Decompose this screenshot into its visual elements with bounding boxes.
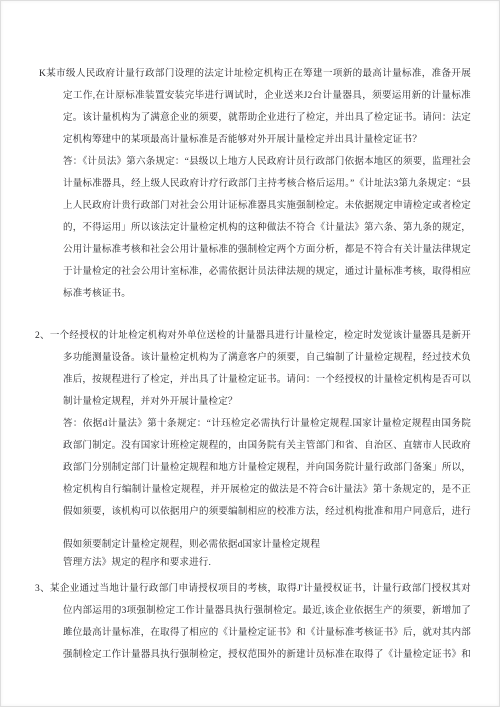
text-line: 假如须要，该机构可以依据用户的须要编制相应的校准方法，经过机构批准和用户同意后，… — [63, 501, 471, 523]
text-line: 的，不得运用」所以该法定计量检定机构的这种做法不符合《计量法》第六条、第九条的规… — [63, 217, 471, 239]
text-line: 上人民政府计贵行政部门对社会公用计证标准器具实施强制检定。未依据规定申请检定或者… — [63, 195, 471, 217]
answer-item-1: 答：《计员法》第六条规定：“县级以上地方人民政府计员行政部门依据本地区的须要，监… — [35, 151, 471, 305]
answer-item-2-note: 假如须要制定计量检定规程，则必需依据d国家计量检定规程 管理方法》规定的程序和要… — [35, 536, 471, 572]
text-line: 公用计量标准考核和社会公用计量标准的强制检定两个方面分析，都是不符合有关计量法律… — [63, 239, 471, 261]
text-line: 于计量检定的社会公用计室标准，必需依据计员法律法规的规定，通过计量标准考核，取得… — [63, 261, 471, 283]
text-line: 计量标准器具，经上级人民政府计疗行政部门主持考核合格后运用。”《计址法3第九条规… — [63, 173, 471, 195]
text-line: 答：《计员法》第六条规定：“县级以上地方人民政府计员行政部门依据本地区的须要，监… — [63, 151, 471, 173]
text-line: 检定机构自行编制计量检定规程，并开展检定的做法是不符合6计量法》第十条规定的，是… — [63, 479, 471, 501]
text-line: K某市级人民政府计量行政部门设理的法定计址检定机构正在筹建一项新的最高计量标准，… — [39, 63, 471, 85]
text-line: 答：依据d计量法》第十条规定：“计珏检定必需执行计量检定规程.国家计量检定规程由… — [63, 413, 471, 435]
text-line: 定机构筹建中的某项最高计量标准是否能够对外开展计量检定并出具计量检定证书？ — [63, 129, 471, 151]
text-line: 政部门分别制定部门计量检定规程和地方计量检定规程，并向国务院计量行政部门备案」所… — [63, 457, 471, 479]
text-line: 准后，按规程进行了检定，并出具了计量检定证书。请问：一个经授权的计量检定机构是否… — [63, 369, 471, 391]
text-line: 雎位最高计量标准，在取得了相应的《计量检定证书》和《计量标准考核证书》后，就对其… — [63, 622, 471, 644]
text-line: 定工作,在计原标准装置安装完毕进行调试时，企业送来J2台计量器具，须要运用新的计… — [63, 85, 471, 107]
scan-page: K某市级人民政府计量行政部门设理的法定计址检定机构正在筹建一项新的最高计量标准，… — [0, 0, 500, 707]
answer-item-2: 答：依据d计量法》第十条规定：“计珏检定必需执行计量检定规程.国家计量检定规程由… — [35, 413, 471, 523]
text-line: 多功能测量设备。该计量检定机构为了满意客户的须要，自己编制了计量检定规程，经过技… — [63, 347, 471, 369]
text-line: 位内部运用的3项强制检定工作计量器具执行强制检定。最近,该企业依据生产的须要，新… — [63, 600, 471, 622]
text-line: 标准考核证书。 — [63, 283, 471, 305]
text-line: 2、一个经授权的计址检定机构对外单位送检的计量器具进行计量检定，检定时发觉该计量… — [35, 325, 471, 347]
document-body: K某市级人民政府计量行政部门设理的法定计址检定机构正在筹建一项新的最高计量标准，… — [1, 1, 499, 666]
question-item-2: 2、一个经授权的计址检定机构对外单位送检的计量器具进行计量检定，检定时发觉该计量… — [35, 325, 471, 413]
question-item-1: K某市级人民政府计量行政部门设理的法定计址检定机构正在筹建一项新的最高计量标准，… — [35, 63, 471, 151]
text-line: 假如须要制定计量检定规程，则必需依据d国家计量检定规程 — [63, 536, 471, 554]
question-item-3: 3、某企业通过当地计量行政部门申请授权项目的考核，取得J'计量授权证书，计量行政… — [35, 578, 471, 666]
text-line: 强制检定工作计量器具执行强制检定，授权范围外的新建计员标准在取得了《计量检定证书… — [63, 644, 471, 666]
text-line: 管理方法》规定的程序和要求进行. — [63, 554, 471, 572]
text-line: 3、某企业通过当地计量行政部门申请授权项目的考核，取得J'计量授权证书，计量行政… — [35, 578, 471, 600]
text-line: 定。该计量机构为了满意企业的须要，就帮助企业进行了检定，并出具了检定证书。请问：… — [63, 107, 471, 129]
text-line: 政部门制定。没有国家计班检定规程的，由国务院有关主管部门和省、自治区、直辖市人民… — [63, 435, 471, 457]
text-line: 制计量检定规程，并对外开展计量检定？ — [63, 391, 471, 413]
